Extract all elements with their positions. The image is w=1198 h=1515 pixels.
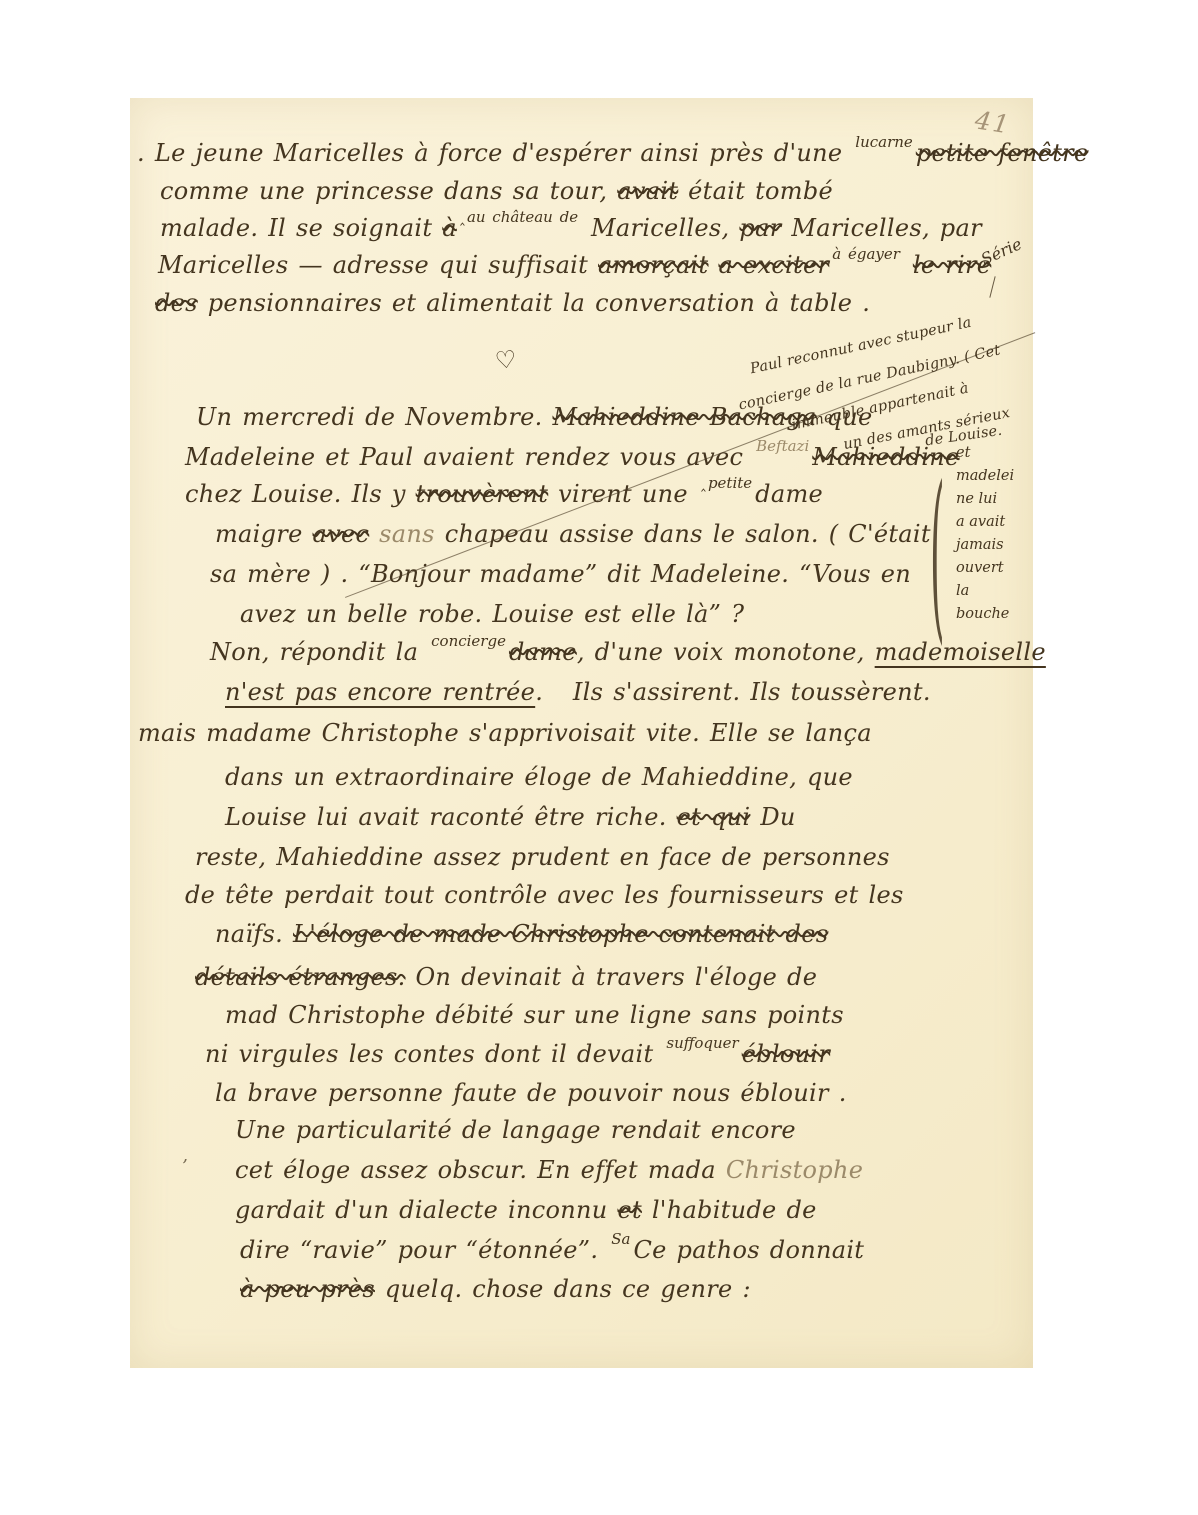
struck-text: petite fenêtre <box>916 139 1089 167</box>
handwritten-text: reste, Mahieddine assez prudent en face … <box>195 843 890 871</box>
handwritten-text <box>903 251 913 279</box>
handwritten-text: Madeleine et Paul avaient rendez vous av… <box>185 443 753 471</box>
manuscript-text-line: . Le jeune Maricelles à force d'espérer … <box>137 138 1088 171</box>
manuscript-text-line: à peu près quelq. chose dans ce genre : <box>240 1274 751 1304</box>
manuscript-text-line: cet éloge assez obscur. En effet mada Ch… <box>235 1155 863 1185</box>
handwritten-text: maigre <box>215 520 313 548</box>
struck-text: par <box>739 214 781 242</box>
struck-text: le rire <box>913 251 991 279</box>
page-number: 41 <box>973 105 1013 139</box>
manuscript-text-line: de tête perdait tout contrôle avec les f… <box>185 880 904 910</box>
handwritten-text: Christophe <box>726 1156 863 1184</box>
handwritten-text: Maricelles, par <box>781 214 981 242</box>
manuscript-text-line: chez Louise. Ils y trouvèrent virent une… <box>185 479 823 512</box>
interlinear-insertion: suffoquer <box>666 1034 738 1052</box>
handwritten-text: gardait d'un dialecte inconnu <box>235 1196 617 1224</box>
handwritten-text: naïfs. <box>215 920 293 948</box>
manuscript-text-line: mad Christophe débité sur une ligne sans… <box>225 1000 844 1030</box>
heart-divider-icon: ♡ <box>494 345 518 375</box>
manuscript-text-line: gardait d'un dialecte inconnu et l'habit… <box>235 1195 817 1225</box>
brace-note-line: ne lui <box>956 488 1051 511</box>
manuscript-text-line: avez un belle robe. Louise est elle là” … <box>240 599 744 629</box>
manuscript-text-line: dans un extraordinaire éloge de Mahieddi… <box>225 762 853 792</box>
handwritten-text: mais madame Christophe s'apprivoisait vi… <box>138 719 872 747</box>
handwritten-text: mademoiselle <box>875 638 1046 666</box>
interlinear-insertion: au château de <box>460 208 578 226</box>
handwritten-text: Non, répondit la <box>210 638 428 666</box>
brace-note-line: a avait <box>956 511 1051 534</box>
handwritten-text: était tombé <box>678 177 833 205</box>
handwritten-text: Une particularité de langage rendait enc… <box>235 1116 796 1144</box>
handwritten-text: n'est pas encore rentrée <box>225 678 535 706</box>
handwritten-text: malade. Il se soignait <box>160 214 442 242</box>
handwritten-text: ni virgules les contes dont il devait <box>205 1040 663 1068</box>
brace-note-line: madelei <box>956 465 1051 488</box>
manuscript-text-line: malade. Il se soignait àau château de Ma… <box>160 213 982 246</box>
struck-text: des <box>155 289 198 317</box>
handwritten-text: sa mère ) . “Bonjour madame” dit Madelei… <box>210 560 911 588</box>
handwritten-text: dans un extraordinaire éloge de Mahieddi… <box>225 763 853 791</box>
struck-text: trouvèrent <box>416 480 549 508</box>
handwritten-text: avez un belle robe. Louise est elle là” … <box>240 600 744 628</box>
struck-text: à peu près <box>240 1275 375 1303</box>
handwritten-text: , d'une voix monotone, <box>577 638 875 666</box>
handwritten-text <box>369 520 379 548</box>
handwritten-text: Maricelles, <box>581 214 739 242</box>
struck-text: éblouir <box>742 1040 830 1068</box>
brace-note-line: jamais <box>956 534 1051 557</box>
struck-text: et qui <box>677 803 751 831</box>
manuscript-text-line: Non, répondit la conciergedame, d'une vo… <box>210 637 1046 670</box>
struck-text: avait <box>617 177 678 205</box>
manuscript-text-line: ni virgules les contes dont il devait su… <box>205 1039 830 1072</box>
handwritten-text: . Le jeune Maricelles à force d'espérer … <box>137 139 852 167</box>
handwritten-text: sans <box>379 520 435 548</box>
struck-text: amorçait <box>598 251 708 279</box>
manuscript-text-line: comme une princesse dans sa tour, avait … <box>160 176 833 206</box>
handwritten-text: Maricelles — adresse qui suffisait <box>158 251 598 279</box>
handwritten-text: chez Louise. Ils y <box>185 480 416 508</box>
handwritten-text: cet éloge assez obscur. En effet mada <box>235 1156 726 1184</box>
struck-text: L'éloge de made Christophe contenait des <box>293 920 828 948</box>
handwritten-text: Du <box>750 803 795 831</box>
interlinear-insertion: concierge <box>431 632 506 650</box>
handwritten-text: virent une <box>548 480 698 508</box>
handwritten-text <box>709 251 719 279</box>
manuscript-text-line: des pensionnaires et alimentait la conve… <box>155 288 870 318</box>
handwritten-text: quelq. chose dans ce genre : <box>375 1275 751 1303</box>
interlinear-insertion: petite <box>701 474 752 492</box>
handwritten-text: On devinait à travers l'éloge de <box>406 963 818 991</box>
brace-note-line: ouvert <box>956 557 1051 580</box>
manuscript-text-line: reste, Mahieddine assez prudent en face … <box>195 842 890 872</box>
handwritten-text: chapeau assise dans le salon. ( C'était <box>435 520 931 548</box>
manuscript-text-line: dire “ravie” pour “étonnée”. SaCe pathos… <box>240 1235 864 1268</box>
manuscript-text-line: sa mère ) . “Bonjour madame” dit Madelei… <box>210 559 911 589</box>
handwritten-text: dire “ravie” pour “étonnée”. <box>240 1236 608 1264</box>
handwritten-text: pensionnaires et alimentait la conversat… <box>198 289 870 317</box>
manuscript-text-line: Louise lui avait raconté être riche. et … <box>225 802 796 832</box>
handwritten-text: la brave personne faute de pouvoir nous … <box>215 1079 847 1107</box>
manuscript-text-line: Maricelles — adresse qui suffisait amorç… <box>158 250 991 283</box>
manuscript-text-line: détails étranges. On devinait à travers … <box>195 962 817 992</box>
struck-text: a exciter <box>718 251 829 279</box>
manuscript-text-line: la brave personne faute de pouvoir nous … <box>215 1078 847 1108</box>
manuscript-text-line: n'est pas encore rentrée. Ils s'assirent… <box>225 677 931 707</box>
margin-brace-icon: ( <box>930 450 945 666</box>
interlinear-insertion: lucarne <box>855 133 913 151</box>
handwritten-text: mad Christophe débité sur une ligne sans… <box>225 1001 844 1029</box>
brace-note-line: et <box>956 442 1051 465</box>
handwritten-text: Louise lui avait raconté être riche. <box>225 803 677 831</box>
handwritten-text: comme une princesse dans sa tour, <box>160 177 617 205</box>
handwritten-text: de tête perdait tout contrôle avec les f… <box>185 881 904 909</box>
interlinear-insertion: à égayer <box>832 245 900 263</box>
margin-note-brace-column: etmadeleine luia avaitjamaisouvertlabouc… <box>956 442 1051 626</box>
interlinear-insertion: Beftazi <box>756 437 809 455</box>
struck-text: avec <box>313 520 370 548</box>
struck-text: dame <box>509 638 577 666</box>
brace-note-line: la <box>956 580 1051 603</box>
handwritten-text: Un mercredi de Novembre. <box>196 403 553 431</box>
struck-text: à <box>442 214 457 242</box>
manuscript-page: 41 ♡ Série ( etmadeleine luia avaitjamai… <box>130 98 1033 1368</box>
handwritten-text: l'habitude de <box>642 1196 817 1224</box>
brace-note-line: bouche <box>956 603 1051 626</box>
struck-text: et <box>617 1196 641 1224</box>
handwritten-text: Ce pathos donnait <box>633 1236 864 1264</box>
struck-text: Mahieddine Bachaga <box>553 403 817 431</box>
struck-text: détails étranges. <box>195 963 406 991</box>
manuscript-text-line: maigre avec sans chapeau assise dans le … <box>215 519 931 549</box>
manuscript-text-line: Une particularité de langage rendait enc… <box>235 1115 796 1145</box>
manuscript-text-line: mais madame Christophe s'apprivoisait vi… <box>138 718 872 748</box>
manuscript-text-line: naïfs. L'éloge de made Christophe conten… <box>215 919 828 949</box>
handwritten-text: dame <box>755 480 823 508</box>
handwritten-text: . Ils s'assirent. Ils toussèrent. <box>535 678 931 706</box>
stray-ink-mark: ’ <box>182 1156 188 1177</box>
interlinear-insertion: Sa <box>611 1230 630 1248</box>
